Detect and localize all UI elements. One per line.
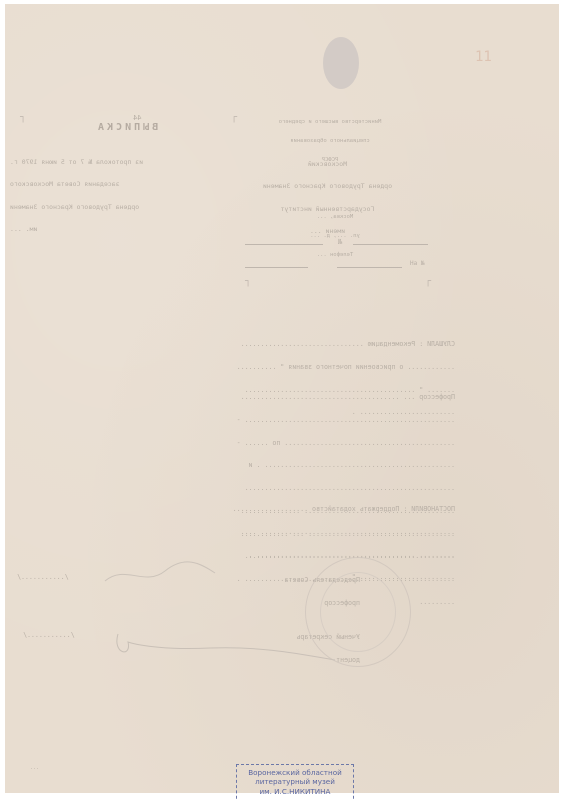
address-line: Москва, ...	[255, 214, 415, 220]
paragraph-line: ........................................…	[35, 417, 455, 425]
address-block: Москва, ... ул. ..., д. ... Телефон ...	[255, 201, 415, 270]
paragraph-line: ............ о присвоении почетного зван…	[35, 364, 455, 372]
paragraph-line: ПОСТАНОВИЛИ : Поддержать ходатайство ...…	[35, 506, 455, 514]
address-line: Телефон ...	[255, 252, 415, 258]
date-field-line	[245, 267, 308, 268]
protocol-line: им. ...	[10, 226, 240, 233]
header-line: Министерство высшего и среднего	[245, 119, 415, 125]
archive-pencil-mark: 11	[475, 49, 492, 65]
protocol-reference: из протокола № 7 от 5 июня 1970 г. засед…	[10, 144, 240, 249]
header-line: Московский	[240, 161, 415, 168]
paragraph-line: Профессор ... ..........................…	[35, 394, 455, 402]
state-emblem-icon	[323, 37, 359, 89]
corner-bracket: ┌	[231, 112, 237, 123]
round-seal-icon	[305, 557, 411, 667]
chair-signature-icon	[100, 559, 220, 589]
document-title: ВЫПИСКА	[95, 122, 158, 134]
protocol-line: ордена Трудового Красного Знамени	[10, 204, 240, 211]
paragraph-line: ........................................…	[35, 440, 455, 448]
stamp-line: Воронежский областной	[237, 768, 353, 777]
paragraph-line: ........................................…	[35, 462, 455, 470]
ref-field-label: На №	[410, 261, 424, 268]
header-line: ордена Трудового Красного Знамени	[240, 183, 415, 190]
museum-stamp: Воронежский областной литературный музей…	[236, 764, 354, 800]
stamp-line: литературный музей	[237, 777, 353, 786]
document-number: 44	[133, 114, 141, 122]
header-line: специального образования	[245, 138, 415, 144]
secretary-name: /.........../	[23, 632, 75, 640]
footnote: ...	[30, 766, 39, 772]
number-symbol: №	[338, 238, 342, 246]
paragraph-line: ........................................…	[35, 529, 455, 537]
corner-bracket: ┐	[245, 276, 251, 287]
paragraph-line: СЛУШАЛИ : Рекомендацию .................…	[35, 341, 455, 349]
paragraph-line: ......... ..............................…	[35, 552, 455, 560]
protocol-line: из протокола № 7 от 5 июня 1970 г.	[10, 159, 240, 166]
corner-bracket: ┐	[20, 112, 26, 123]
document-page: 11 Министерство высшего и среднего специ…	[5, 4, 559, 793]
number-field-line	[245, 244, 323, 245]
chair-name: /.........../	[17, 574, 69, 582]
number-field-line	[353, 244, 428, 245]
date-field-line	[337, 267, 402, 268]
corner-bracket: ┌	[425, 276, 431, 287]
stamp-line: им. И.С.НИКИТИНА	[237, 787, 353, 796]
address-line: ул. ..., д. ...	[255, 233, 415, 239]
protocol-line: заседания Совета Московского	[10, 181, 240, 188]
secretary-signature-icon	[110, 624, 340, 664]
